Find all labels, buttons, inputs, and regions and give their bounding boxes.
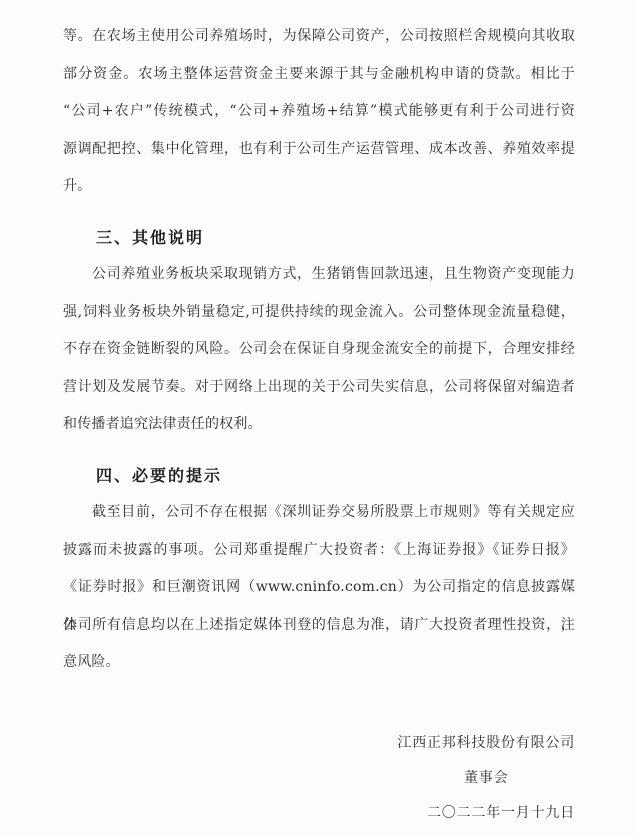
text-line: 营计划及发展节奏。对于网络上出现的关于公司失实信息，公司将保留对编造者	[63, 369, 575, 407]
announcement-page: 等。在农场主使用公司养殖场时，为保障公司资产，公司按照栏舍规模向其收取 部分资金…	[0, 0, 637, 837]
signature-block: 江西正邦科技股份有限公司 董事会 二〇二二年一月十九日	[63, 726, 575, 831]
text-line: 公司所有信息均以在上述指定媒体刊登的信息为准，请广大投资者理性投资，注	[63, 607, 575, 645]
text-line: “公司+农户”传统模式，“公司+养殖场+结算”模式能够更有利于公司进行资	[63, 93, 575, 131]
section3-heading: 三、其他说明	[96, 219, 575, 257]
section3-paragraph: 公司养殖业务板块采取现销方式，生猪销售回款迅速，且生物资产变现能力 强,饲料业务…	[63, 256, 575, 444]
text-line: 截至目前，公司不存在根据《深圳证券交易所股票上市规则》等有关规定应	[63, 494, 575, 532]
text-line: 公司养殖业务板块采取现销方式，生猪销售回款迅速，且生物资产变现能力	[63, 256, 575, 294]
continuation-paragraph: 等。在农场主使用公司养殖场时，为保障公司资产，公司按照栏舍规模向其收取 部分资金…	[63, 18, 575, 206]
section4-heading: 四、必要的提示	[96, 457, 575, 495]
text-line: 《证券时报》和巨潮资讯网（www.cninfo.com.cn）为公司指定的信息披…	[63, 569, 575, 607]
text-line: 和传播者追究法律责任的权利。	[63, 406, 575, 444]
text-line: 等。在农场主使用公司养殖场时，为保障公司资产，公司按照栏舍规模向其收取	[63, 18, 575, 56]
text-line: 披露而未披露的事项。公司郑重提醒广大投资者：《上海证券报》《证券日报》	[63, 532, 575, 570]
text-line: 强,饲料业务板块外销量稳定,可提供持续的现金流入。公司整体现金流量稳健，	[63, 294, 575, 332]
text-line: 不存在资金链断裂的风险。公司会在保证自身现金流安全的前提下，合理安排经	[63, 331, 575, 369]
signature-board: 董事会	[397, 761, 575, 796]
text-line: 意风险。	[63, 644, 575, 682]
text-line: 部分资金。农场主整体运营资金主要来源于其与金融机构申请的贷款。相比于	[63, 56, 575, 94]
signature-company: 江西正邦科技股份有限公司	[397, 726, 575, 761]
text-line: 源调配把控、集中化管理，也有利于公司生产运营管理、成本改善、养殖效率提	[63, 131, 575, 169]
signature-date: 二〇二二年一月十九日	[397, 796, 575, 831]
text-line: 升。	[63, 168, 575, 206]
section4-paragraph: 截至目前，公司不存在根据《深圳证券交易所股票上市规则》等有关规定应 披露而未披露…	[63, 494, 575, 682]
signature-inner: 江西正邦科技股份有限公司 董事会 二〇二二年一月十九日	[397, 726, 575, 831]
